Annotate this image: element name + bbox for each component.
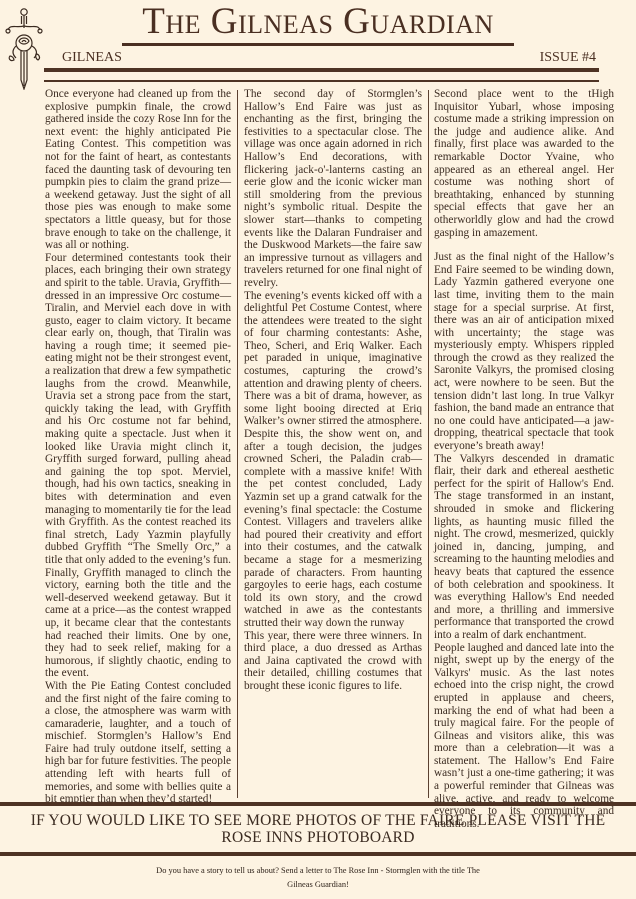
article-paragraph: Just as the final night of the Hallow’s … (434, 251, 614, 453)
article-paragraph: The Valkyrs descended in dramatic flair,… (434, 453, 614, 642)
issue-number: ISSUE #4 (540, 50, 596, 66)
dagger-rose-icon (4, 6, 44, 90)
article-paragraph: This year, there were three winners. In … (244, 630, 422, 693)
article-paragraph: With the Pie Eating Contest concluded an… (45, 680, 231, 806)
article-column-3: Second place went to the tHigh Inquisito… (434, 88, 614, 830)
column-divider (237, 90, 238, 798)
article-paragraph: The second day of Stormglen’s Hallow’s E… (244, 88, 422, 290)
masthead-rule-thick (44, 68, 599, 72)
article-paragraph: The evening’s events kicked off with a d… (244, 290, 422, 630)
article-paragraph: Four determined contestants took their p… (45, 252, 231, 680)
article-paragraph: Second place went to the tHigh Inquisito… (434, 88, 614, 239)
banner-line-1: IF YOU WOULD LIKE TO SEE MORE PHOTOS OF … (0, 812, 636, 829)
column-divider (428, 90, 429, 798)
dateline: GILNEAS ISSUE #4 (44, 50, 596, 66)
location-label: GILNEAS (62, 50, 122, 66)
banner-rule-top (0, 802, 636, 806)
article-paragraph: Once everyone had cleaned up from the ex… (45, 88, 231, 252)
masthead-rule-thin (44, 80, 599, 82)
article-columns: Once everyone had cleaned up from the ex… (0, 88, 636, 798)
masthead-title: The Gilneas Guardian (122, 2, 514, 46)
article-column-2: The second day of Stormglen’s Hallow’s E… (244, 88, 422, 693)
banner-line-2: ROSE INNS PHOTOBOARD (0, 829, 636, 846)
banner-rule-bottom (0, 852, 636, 856)
footer-submission-note: Do you have a story to tell us about? Se… (150, 864, 486, 892)
article-column-1: Once everyone had cleaned up from the ex… (45, 88, 231, 806)
photoboard-banner: IF YOU WOULD LIKE TO SEE MORE PHOTOS OF … (0, 812, 636, 846)
